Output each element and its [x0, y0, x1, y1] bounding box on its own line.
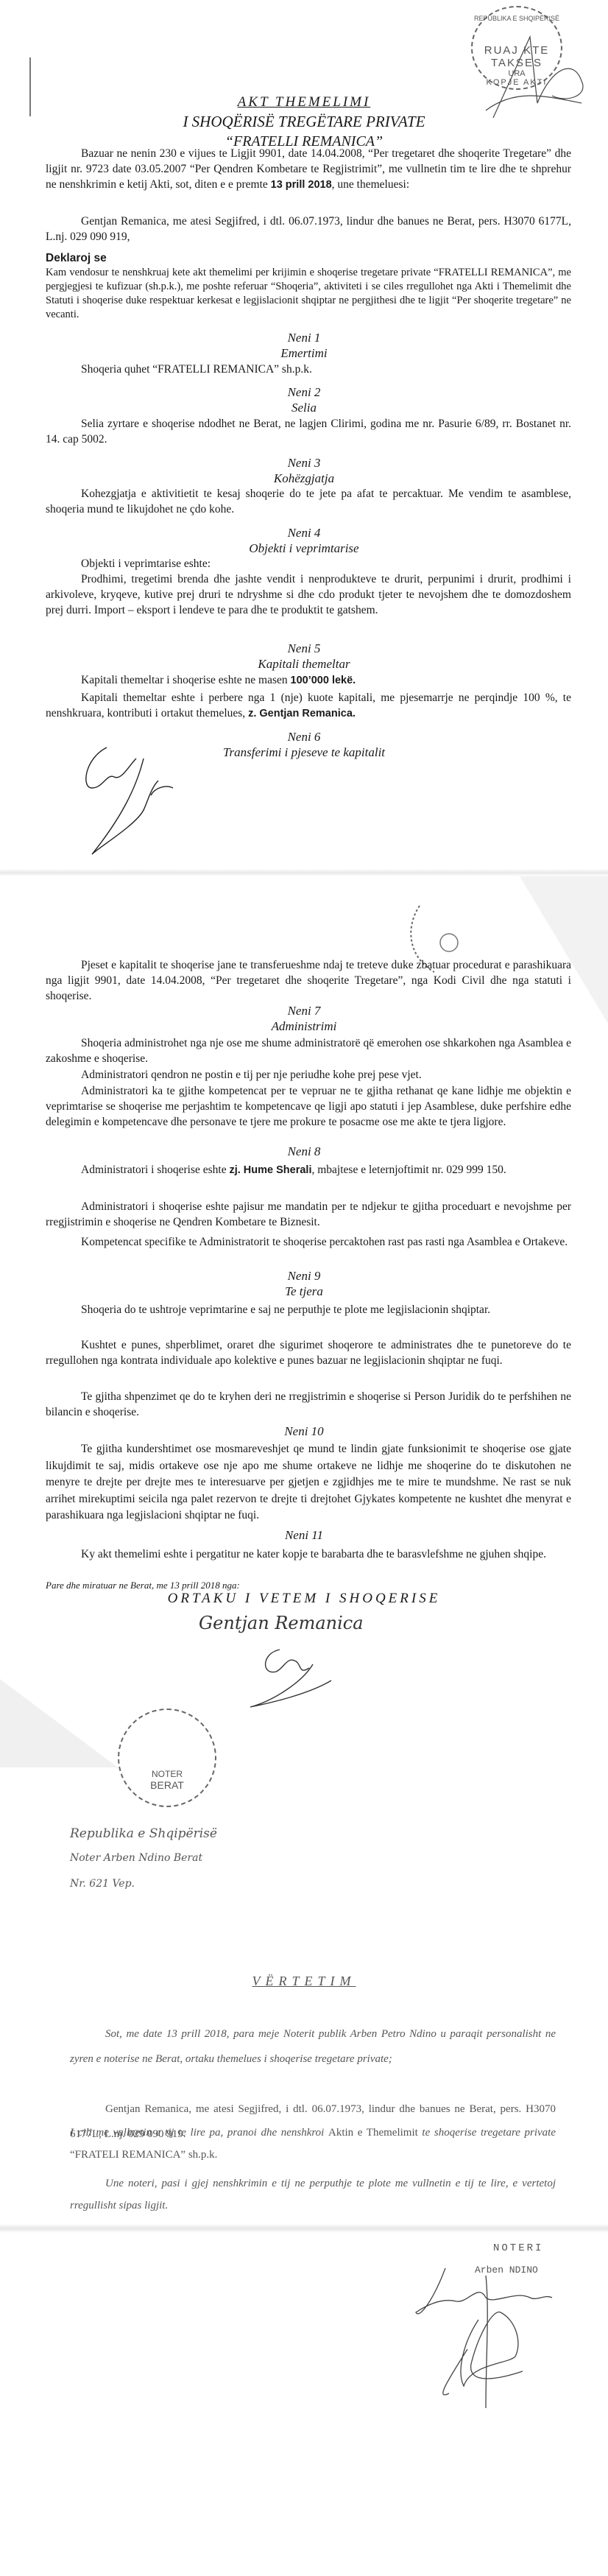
intro-date: 13 prill 2018: [271, 179, 332, 191]
founder-signature-icon: [63, 744, 180, 862]
capital-text: Kapitali themeltar i shoqerise eshte ne …: [81, 674, 291, 686]
stamp-ring-text: REPUBLIKA E SHQIPËRISË: [473, 15, 561, 22]
article-4-text: Prodhimi, tregetimi brenda dhe jashte ve…: [46, 571, 571, 618]
document-subtitle: I SHOQËRISË TREGËTARE PRIVATE: [0, 113, 608, 131]
document-title: AKT THEMELIMI: [0, 94, 608, 110]
article-10-text: Te gjitha kundershtimet ose mosmareveshj…: [46, 1441, 571, 1524]
cert-p3-mid: te shoqerise tregetare private: [418, 2127, 556, 2139]
certification-p4: Une noteri, pasi i gjej nenshkrimin e ti…: [70, 2172, 556, 2217]
cert-company-name: “FRATELI REMANICA” sh.p.k.: [70, 2149, 217, 2161]
page-corner: [0, 1679, 118, 1767]
intro-after-date: , une themeluesi:: [332, 178, 409, 191]
article-5-text-1: Kapitali themeltar i shoqerise eshte ne …: [46, 672, 571, 689]
handwritten-name: Gentjan Remanica: [199, 1613, 364, 1633]
article-6-text: Pjeset e kapitalit te shoqerise jane te …: [46, 957, 571, 1004]
page-3: Noter Arben Ndino Berat Nr. 621 Vep. VËR…: [0, 1856, 608, 2576]
article-2-text: Selia zyrtare e shoqerise ndodhet ne Ber…: [46, 416, 571, 447]
notary-stamp-line1: NOTER: [119, 1769, 215, 1779]
article-7-title: Administrimi: [0, 1018, 608, 1034]
article-11-number: Neni 11: [0, 1527, 608, 1543]
article-6-number: Neni 6: [0, 729, 608, 745]
article-1-title: Emertimi: [0, 345, 608, 361]
article-5-title: Kapitali themeltar: [0, 656, 608, 672]
article-1-number: Neni 1: [0, 330, 608, 345]
founder-details: Gentjan Remanica, me atesi Segjifred, i …: [46, 214, 571, 244]
article-7-number: Neni 7: [0, 1003, 608, 1018]
article-4-number: Neni 4: [0, 525, 608, 541]
page-fold: [0, 869, 608, 876]
article-5-text-2: Kapitali themeltar eshte i perbere nga 1…: [46, 690, 571, 722]
founder-name: z. Gentjan Remanica.: [248, 708, 356, 719]
article-9-p2: Kushtet e punes, shperblimet, oraret dhe…: [46, 1337, 571, 1368]
notary-title: NOTERI: [493, 2242, 543, 2254]
article-8-p3: Kompetencat specifike te Administratorit…: [46, 1234, 571, 1250]
admin-id: , mbajtese e leternjoftimit nr. 029 999 …: [311, 1164, 506, 1176]
notary-number: Nr. 621 Vep.: [70, 1878, 135, 1890]
article-9-p1: Shoqeria do te ushtroje veprimtarine e s…: [46, 1302, 571, 1317]
article-3-text: Kohezgjatja e aktivitietit te kesaj shoq…: [46, 486, 571, 517]
article-8-number: Neni 8: [0, 1144, 608, 1159]
page-1: REPUBLIKA E SHQIPËRISË RUAJ KTE TAKSES U…: [0, 0, 608, 876]
notary-stamp-line2: BERAT: [119, 1779, 215, 1791]
article-4-lead: Objekti i veprimtarise eshte:: [46, 556, 571, 571]
admin-name: zj. Hume Sherali: [229, 1164, 311, 1176]
article-4-title: Objekti i veprimtarise: [0, 541, 608, 556]
cert-p3-text: I cili me vullnetin e tij te lire pa, pr…: [70, 2127, 328, 2139]
cert-act-name: Aktin e Themelimit: [328, 2127, 418, 2139]
certification-p3: I cili me vullnetin e tij te lire pa, pr…: [70, 2122, 556, 2166]
article-3-title: Kohëzgjatja: [0, 471, 608, 486]
article-5-number: Neni 5: [0, 641, 608, 656]
article-9-title: Te tjera: [0, 1284, 608, 1299]
notary-label: Noter Arben Ndino Berat: [70, 1852, 202, 1864]
notary-stamp: NOTER BERAT: [118, 1708, 216, 1807]
article-3-number: Neni 3: [0, 455, 608, 471]
article-8-p1: Administratori i shoqerise eshte zj. Hum…: [46, 1162, 571, 1178]
article-9-p3: Te gjitha shpenzimet qe do te kryhen der…: [46, 1389, 571, 1420]
capital-amount: 100’000 lekë.: [291, 675, 356, 686]
certification-title: VËRTETIM: [0, 1974, 608, 1989]
sole-partner-label: ORTAKU I VETEM I SHOQERISE: [0, 1591, 608, 1607]
notary-signature-icon: [405, 2268, 582, 2415]
intro-paragraph: Bazuar ne nenin 230 e vijues te Ligjit 9…: [46, 146, 571, 193]
article-2-title: Selia: [0, 400, 608, 415]
article-8-p2: Administratori i shoqerise eshte pajisur…: [46, 1199, 571, 1230]
article-9-number: Neni 9: [0, 1268, 608, 1284]
declare-heading: Deklaroj se: [46, 250, 571, 266]
partner-signature-icon: [243, 1642, 339, 1708]
article-2-number: Neni 2: [0, 384, 608, 400]
certification-p1: Sot, me date 13 prill 2018, para meje No…: [70, 2021, 556, 2072]
article-10-number: Neni 10: [0, 1424, 608, 1439]
page-fold: [0, 2224, 608, 2233]
article-7-p1: Shoqeria administrohet nga nje ose me sh…: [46, 1035, 571, 1066]
article-7-p2: Administratori qendron ne postin e tij p…: [46, 1067, 571, 1083]
declare-text: Kam vendosur te nenshkruaj kete akt them…: [46, 266, 571, 322]
article-7-p3: Administratori ka te gjithe kompetencat …: [46, 1083, 571, 1130]
article-1-text: Shoqeria quhet “FRATELLI REMANICA” sh.p.…: [46, 362, 571, 377]
republic-label: Republika e Shqipërisë: [70, 1826, 217, 1841]
admin-text: Administratori i shoqerise eshte: [81, 1164, 229, 1176]
article-11-text: Ky akt themelimi eshte i pergatitur ne k…: [46, 1546, 571, 1562]
page-2: Pjeset e kapitalit te shoqerise jane te …: [0, 876, 608, 1856]
